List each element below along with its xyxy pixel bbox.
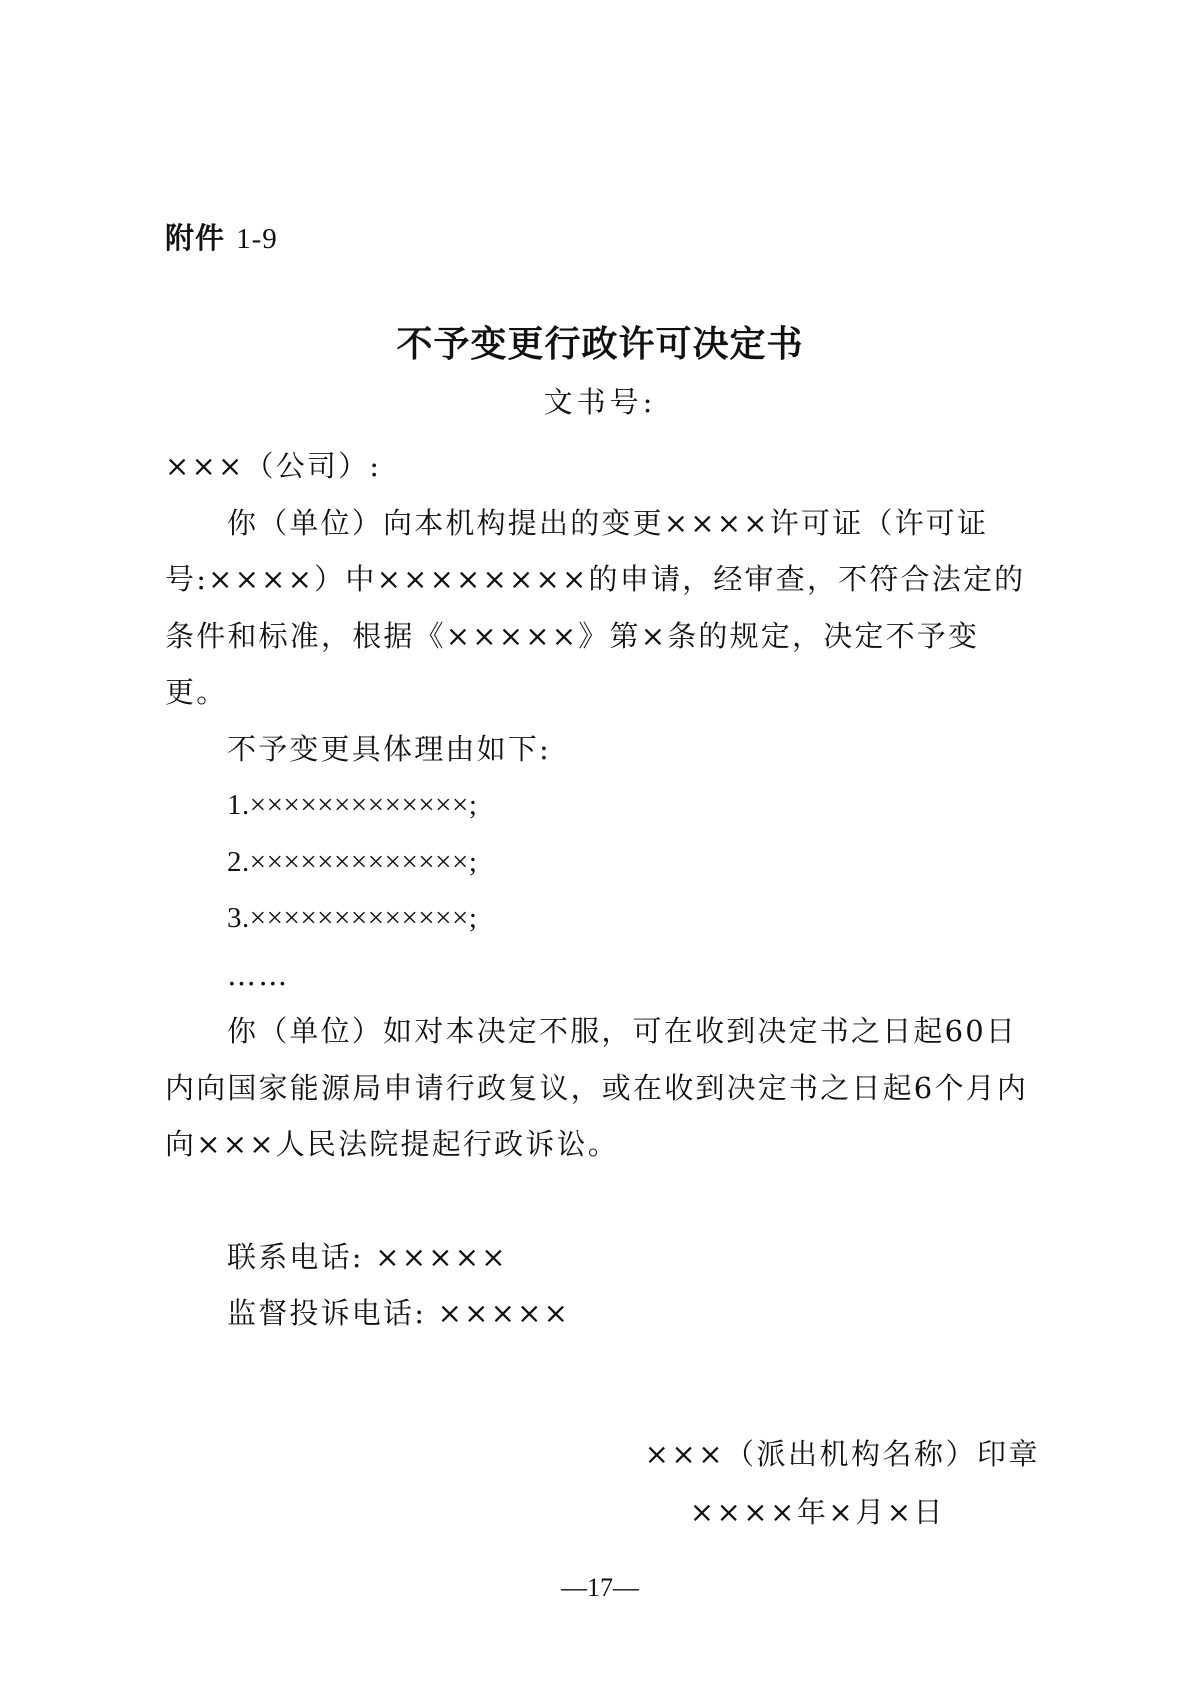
ellipsis: ……: [165, 947, 1037, 1004]
signature-block: ×××（派出机构名称）印章 ××××年×月×日: [645, 1425, 1040, 1541]
complaint-phone-value: ×××××: [438, 1296, 571, 1330]
complaint-phone: 监督投诉电话: ×××××: [165, 1285, 1037, 1342]
document-number-label: 文书号:: [0, 380, 1200, 421]
attachment-number: 1-9: [236, 223, 278, 255]
reason-item: 3.×××××××××××××;: [165, 890, 1037, 947]
issuer-seal: ×××（派出机构名称）印章: [645, 1425, 1040, 1483]
document-page: 附件 1-9 不予变更行政许可决定书 文书号: ×××（公司）: 你（单位）向本…: [0, 0, 1200, 1696]
appeal-paragraph: 你（单位）如对本决定不服，可在收到决定书之日起60日内向国家能源局申请行政复议，…: [165, 1003, 1037, 1173]
attachment-label: 附件 1-9: [165, 216, 278, 257]
spacer: [165, 1173, 1037, 1229]
reason-item: 2.×××××××××××××;: [165, 834, 1037, 891]
reasons-list: 1.×××××××××××××; 2.×××××××××××××; 3.××××…: [165, 777, 1037, 947]
document-title: 不予变更行政许可决定书: [0, 316, 1200, 367]
contact-phone-label: 联系电话:: [227, 1240, 364, 1274]
salutation: ×××（公司）:: [165, 438, 1037, 495]
attachment-label-text: 附件: [165, 221, 225, 255]
complaint-phone-label: 监督投诉电话:: [227, 1296, 426, 1330]
contact-phone-value: ×××××: [375, 1240, 508, 1274]
page-number: —17—: [0, 1573, 1200, 1603]
issue-date: ××××年×月×日: [645, 1483, 945, 1541]
reason-item: 1.×××××××××××××;: [165, 777, 1037, 834]
decision-paragraph: 你（单位）向本机构提出的变更××××许可证（许可证号:××××）中×××××××…: [165, 495, 1037, 721]
document-body: ×××（公司）: 你（单位）向本机构提出的变更××××许可证（许可证号:××××…: [165, 438, 1037, 1342]
contact-phone: 联系电话: ×××××: [165, 1229, 1037, 1286]
reasons-intro: 不予变更具体理由如下:: [165, 721, 1037, 778]
